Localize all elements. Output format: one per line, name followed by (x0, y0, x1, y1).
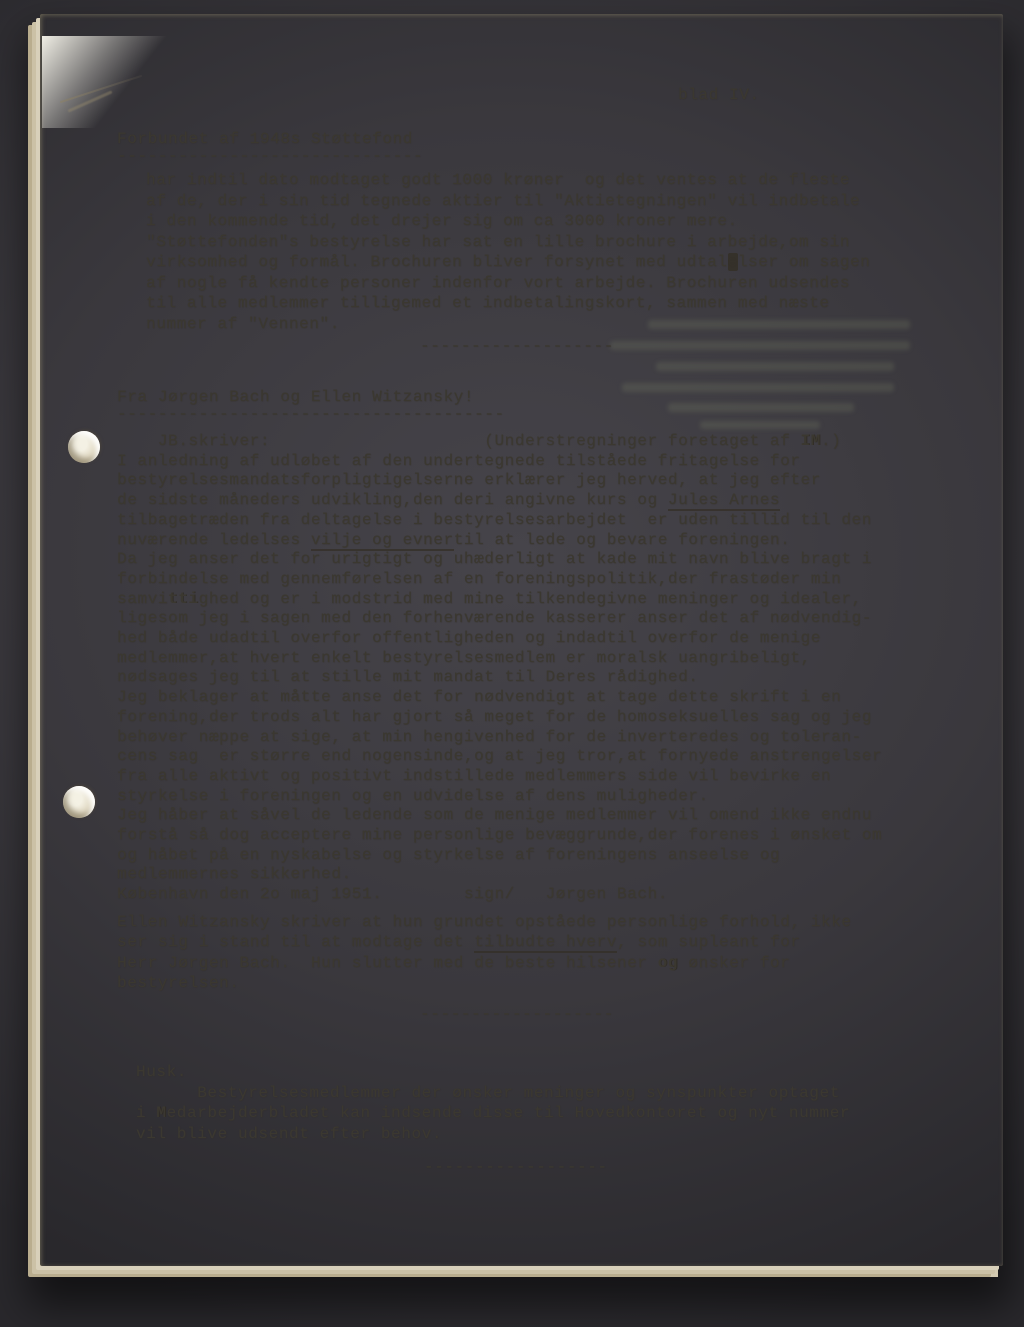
bach-letter-body: JB.skriver: (Understregninger foretaget … (117, 432, 882, 905)
bleed-through-line (700, 421, 820, 429)
bleed-through-line (656, 362, 894, 371)
witzansky-note: Ellen Witzansky skriver at hun grundet o… (117, 912, 852, 993)
punch-hole-bottom (63, 786, 95, 818)
support-fund-title-rule: ------------------------------ (117, 147, 423, 167)
section-divider: ------------------ (424, 1158, 608, 1178)
section-divider: ------------------- (420, 1005, 614, 1025)
photographed-document-backdrop: blad IV. Forbundet af 1948s Støttefond -… (0, 0, 1024, 1327)
husk-title: Husk. (136, 1063, 187, 1083)
husk-paragraph: Bestyrelsesmedlemmer der ønsker meninger… (136, 1083, 850, 1144)
bleed-through-line (622, 383, 894, 392)
bach-letter-title-rule: -------------------------------------- (117, 405, 505, 425)
section-divider: ------------------- (420, 337, 614, 357)
support-fund-paragraph: har indtil dato modtaget godt 1000 krøne… (146, 170, 870, 334)
page-label: blad IV. (678, 86, 760, 106)
bleed-through-line (668, 403, 854, 412)
punch-hole-top (68, 431, 100, 463)
bleed-through-line (610, 341, 910, 350)
